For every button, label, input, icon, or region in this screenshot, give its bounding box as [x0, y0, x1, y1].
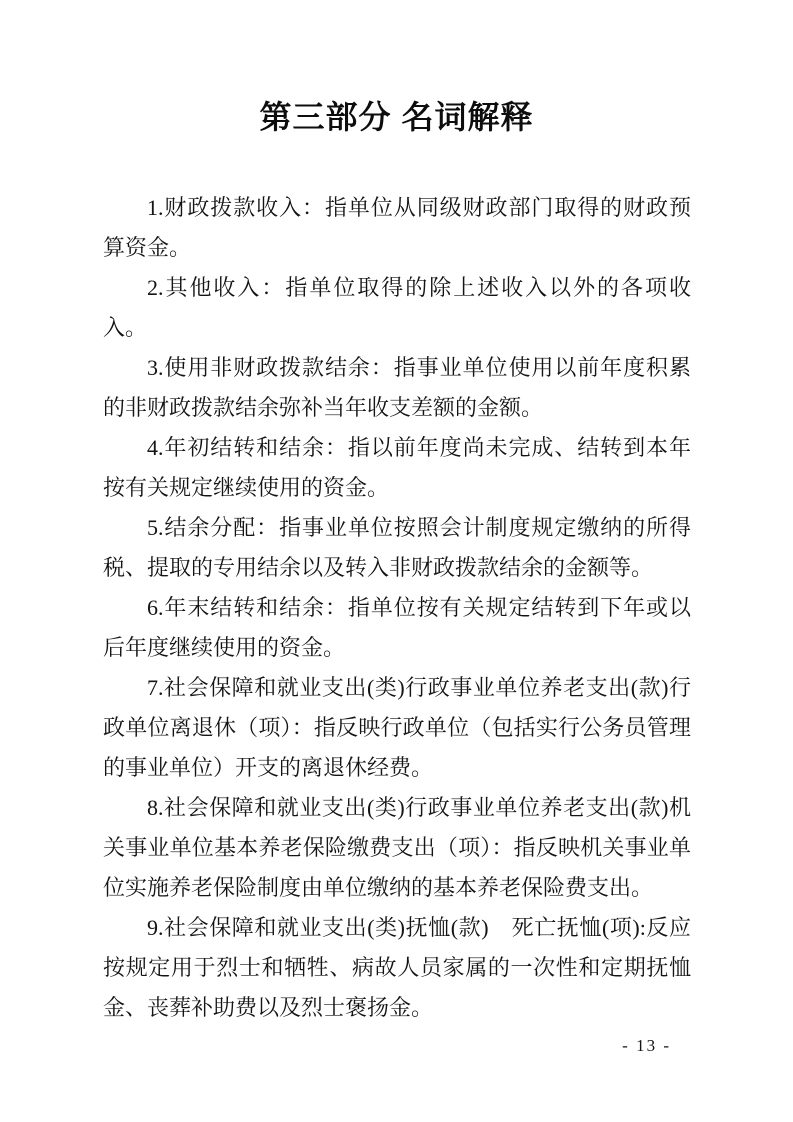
glossary-item-9: 9.社会保障和就业支出(类)抚恤(款) 死亡抚恤(项):反应按规定用于烈士和牺牲… — [103, 908, 691, 1028]
glossary-item-1: 1.财政拨款收入：指单位从同级财政部门取得的财政预算资金。 — [103, 188, 691, 268]
page-title: 第三部分 名词解释 — [0, 0, 793, 138]
glossary-item-5: 5.结余分配：指事业单位按照会计制度规定缴纳的所得税、提取的专用结余以及转入非财… — [103, 508, 691, 588]
page-number: - 13 - — [622, 1036, 671, 1056]
glossary-content: 1.财政拨款收入：指单位从同级财政部门取得的财政预算资金。 2.其他收入：指单位… — [103, 188, 691, 1028]
document-page: 第三部分 名词解释 1.财政拨款收入：指单位从同级财政部门取得的财政预算资金。 … — [0, 0, 793, 1122]
glossary-item-6: 6.年末结转和结余：指单位按有关规定结转到下年或以后年度继续使用的资金。 — [103, 588, 691, 668]
glossary-item-7: 7.社会保障和就业支出(类)行政事业单位养老支出(款)行政单位离退休（项）：指反… — [103, 668, 691, 788]
glossary-item-3: 3.使用非财政拨款结余：指事业单位使用以前年度积累的非财政拨款结余弥补当年收支差… — [103, 348, 691, 428]
glossary-item-8: 8.社会保障和就业支出(类)行政事业单位养老支出(款)机关事业单位基本养老保险缴… — [103, 788, 691, 908]
glossary-item-2: 2.其他收入：指单位取得的除上述收入以外的各项收入。 — [103, 268, 691, 348]
glossary-item-4: 4.年初结转和结余：指以前年度尚未完成、结转到本年按有关规定继续使用的资金。 — [103, 428, 691, 508]
